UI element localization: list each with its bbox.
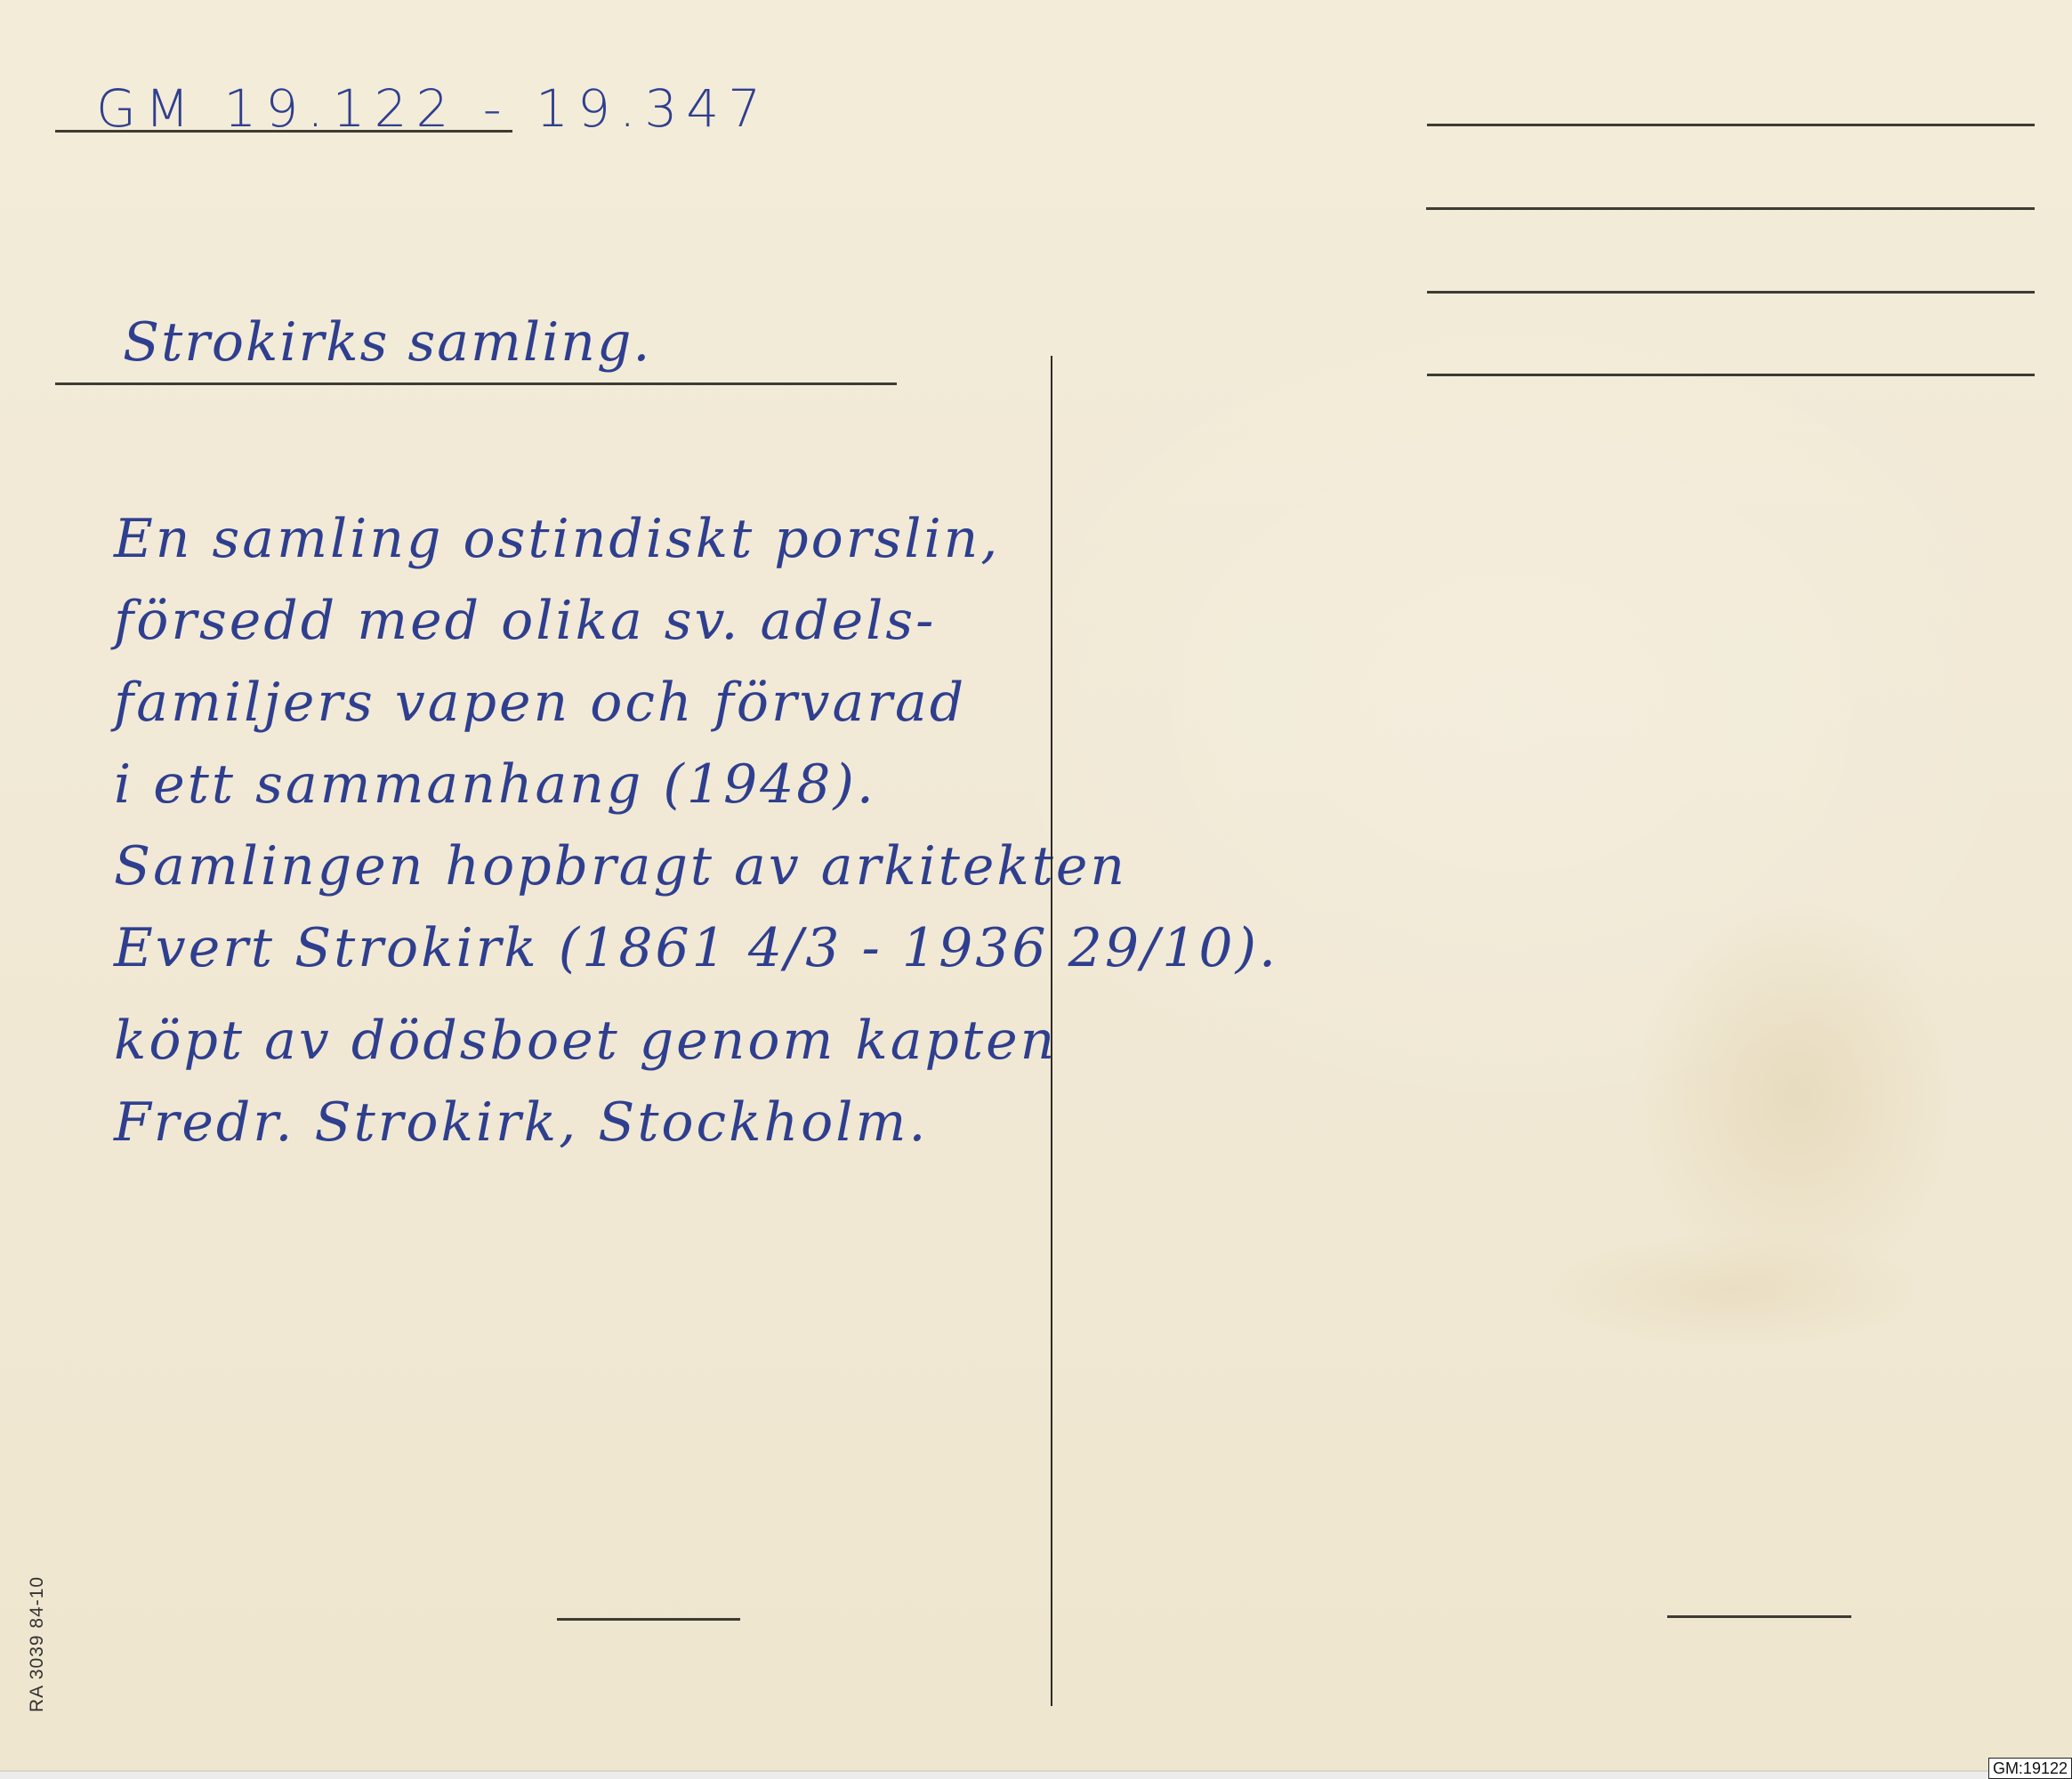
catalogue-card: GM 19.122 - 19.347 Strokirks samling. En… [0, 0, 2072, 1770]
description-line: i ett sammanhang (1948). [114, 744, 1278, 825]
description-line: En samling ostindiskt porslin, [114, 498, 1278, 580]
address-line-1 [1427, 124, 2035, 126]
header-underline [55, 130, 512, 133]
description-line: köpt av dödsboet genom kapten [114, 1000, 1278, 1082]
description-line: Fredr. Strokirk, Stockholm. [114, 1082, 1278, 1163]
signature-line-left-ext [557, 1618, 740, 1621]
description-line: Evert Strokirk (1861 4/3 - 1936 29/10). [114, 907, 1278, 989]
description-line: Samlingen hopbragt av arkitekten [114, 825, 1278, 907]
description-line: försedd med olika sv. adels- [114, 580, 1278, 662]
signature-line-right [1667, 1615, 1851, 1618]
archive-id-label: GM:19122 [1988, 1758, 2072, 1779]
title-underline [55, 382, 897, 385]
vertical-divider [1051, 356, 1052, 1706]
address-line-2 [1426, 207, 2035, 210]
address-line-4 [1427, 374, 2035, 376]
printed-form-number: RA 3039 84-10 [27, 1576, 48, 1712]
address-line-3 [1427, 291, 2035, 294]
handwritten-description: En samling ostindiskt porslin, försedd m… [114, 498, 1278, 1163]
description-line: familjers vapen och förvarad [114, 662, 1278, 744]
collection-title: Strokirks samling. [123, 311, 651, 374]
